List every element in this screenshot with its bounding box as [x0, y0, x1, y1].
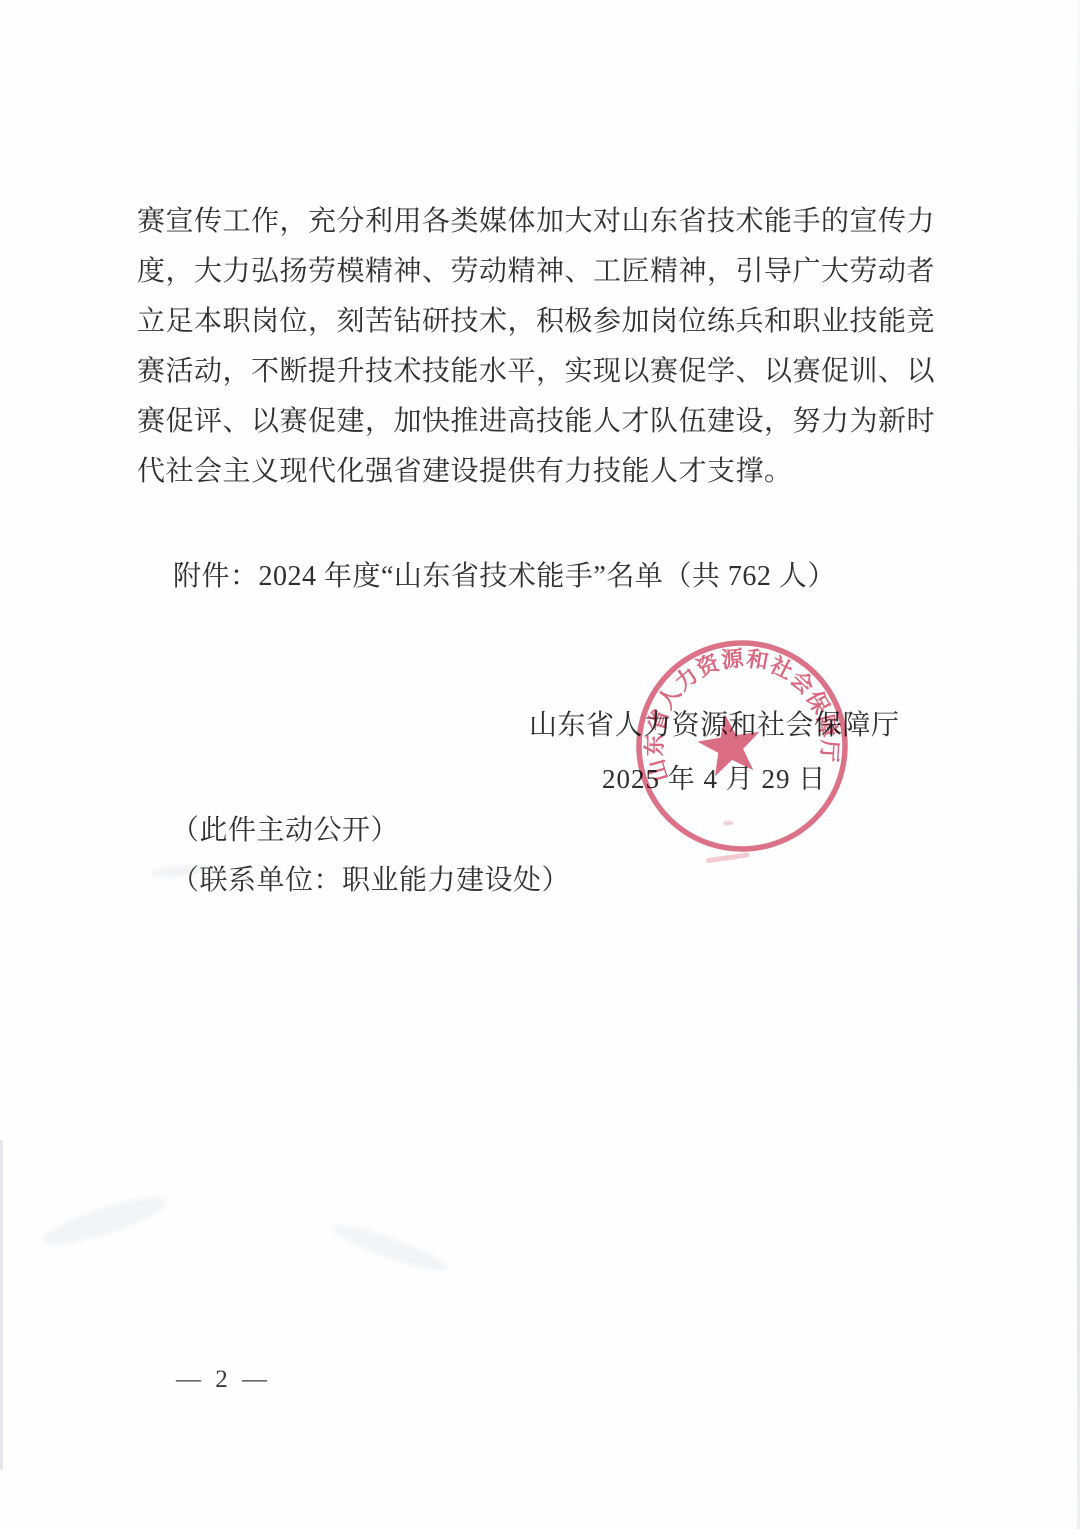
note-public-line: （此件主动公开）	[171, 808, 399, 854]
seal-smudge	[723, 821, 733, 826]
page-number: — 2 —	[176, 1366, 271, 1394]
official-seal: 山东省人力资源和社会保障厅	[614, 616, 870, 876]
scan-smudge	[330, 1218, 450, 1278]
star-icon	[694, 709, 765, 778]
body-paragraph-line: 度，大力弘扬劳模精神、劳动精神、工匠精神，引导广大劳动者	[137, 247, 934, 297]
scan-smudge	[39, 1189, 171, 1254]
body-paragraph-line: 立足本职岗位，刻苦钻研技术，积极参加岗位练兵和职业技能竞	[137, 297, 934, 347]
attachment-line: 附件：2024 年度“山东省技术能手”名单（共 762 人）	[173, 552, 953, 602]
document-page: 赛宣传工作，充分利用各类媒体加大对山东省技术能手的宣传力 度，大力弘扬劳模精神、…	[0, 0, 1080, 1529]
body-paragraph-line: 赛宣传工作，充分利用各类媒体加大对山东省技术能手的宣传力	[137, 197, 934, 247]
seal-smudge	[706, 852, 750, 863]
scan-edge-artifact	[0, 1140, 3, 1470]
note-contact-line: （联系单位：职业能力建设处）	[171, 858, 570, 904]
body-paragraph-line: 赛活动，不断提升技术技能水平，实现以赛促学、以赛促训、以	[137, 347, 934, 397]
body-paragraph-line: 代社会主义现代化强省建设提供有力技能人才支撑。	[137, 447, 934, 497]
body-paragraph: 赛宣传工作，充分利用各类媒体加大对山东省技术能手的宣传力 度，大力弘扬劳模精神、…	[137, 197, 934, 497]
body-paragraph-line: 赛促评、以赛促建，加快推进高技能人才队伍建设，努力为新时	[137, 397, 934, 447]
